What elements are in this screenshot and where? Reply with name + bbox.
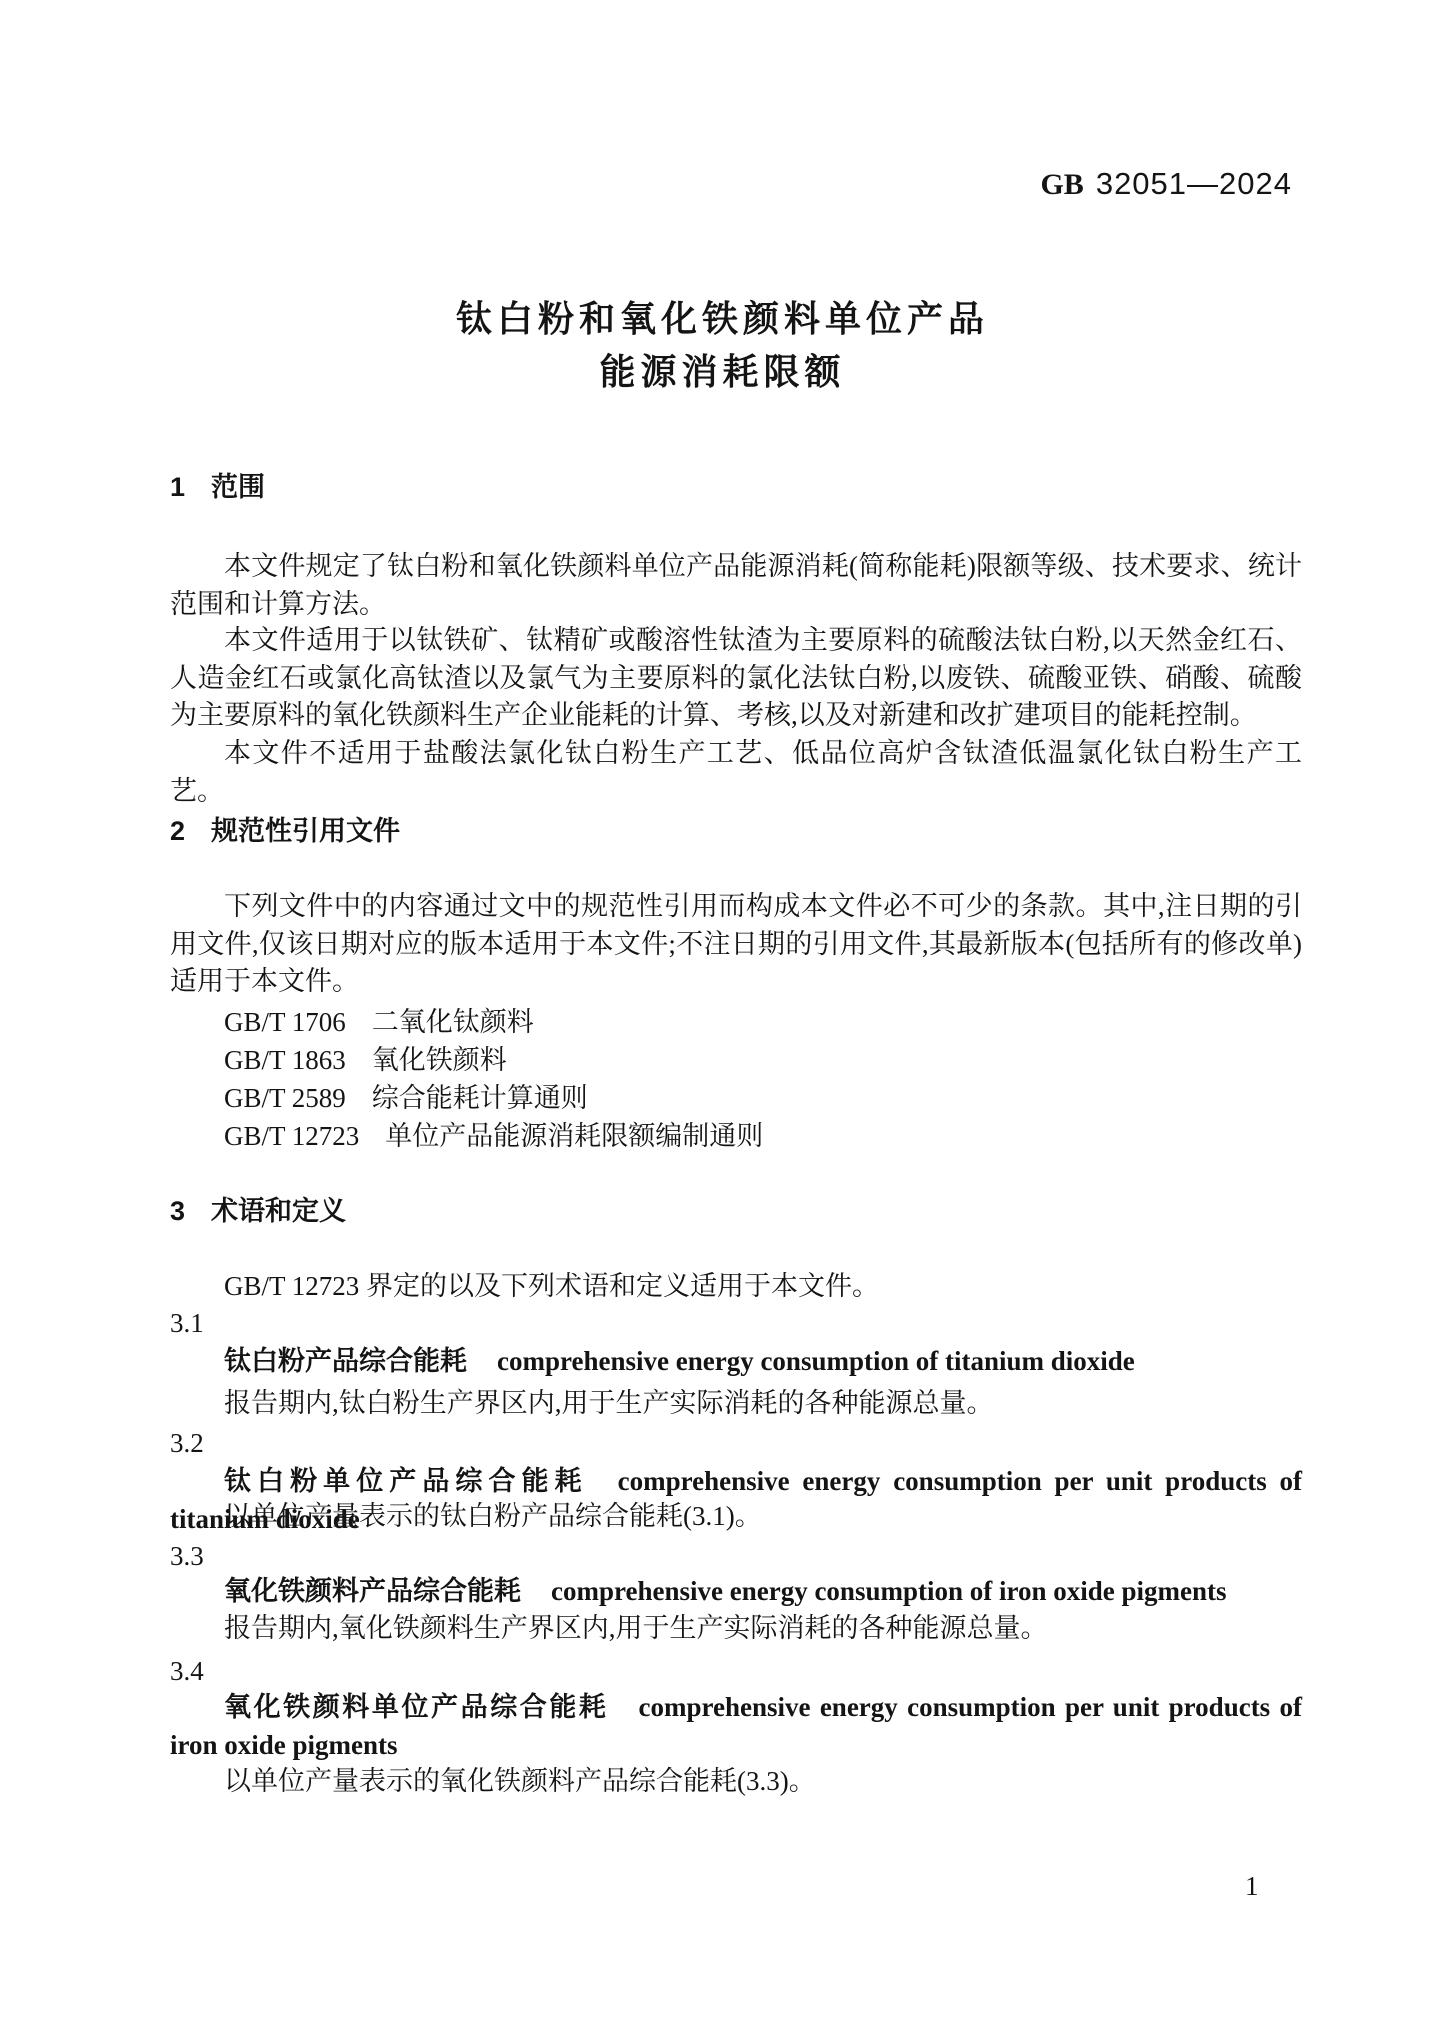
term-name-zh: 钛白粉单位产品综合能耗 [224,1466,588,1496]
reference-code: GB/T 2589 [224,1083,346,1113]
section-2-title: 规范性引用文件 [211,816,400,846]
document-title-line1: 钛白粉和氧化铁颜料单位产品 [0,292,1445,345]
section-2-heading: 2规范性引用文件 [170,813,1302,851]
term-definition: 以单位产量表示的氧化铁颜料产品综合能耗(3.3)。 [170,1763,1302,1801]
reference-title: 氧化铁颜料 [372,1045,507,1075]
term-entry: 氧化铁颜料产品综合能耗comprehensive energy consumpt… [170,1572,1302,1610]
reference-item: GB/T 1706二氧化钛颜料 [170,1003,1302,1041]
standard-code: GB32051—2024 [1040,166,1292,202]
term-number: 3.4 [170,1653,204,1691]
term-name-zh: 氧化铁颜料产品综合能耗 [224,1576,521,1606]
section-1-title: 范围 [211,472,265,502]
scope-paragraph-2: 本文件适用于以钛铁矿、钛精矿或酸溶性钛渣为主要原料的硫酸法钛白粉,以天然金红石、… [170,622,1302,735]
section-3-title: 术语和定义 [211,1196,346,1226]
reference-code: GB/T 1706 [224,1007,346,1037]
document-title: 钛白粉和氧化铁颜料单位产品 能源消耗限额 [0,292,1445,398]
term-name-zh: 钛白粉产品综合能耗 [224,1346,467,1376]
standard-code-number: 32051—2024 [1096,166,1292,201]
term-definition: 报告期内,钛白粉生产界区内,用于生产实际消耗的各种能源总量。 [170,1385,1302,1423]
reference-code: GB/T 12723 [224,1121,359,1151]
section-1-heading: 1范围 [170,469,1302,507]
term-definition: 以单位产量表示的钛白粉产品综合能耗(3.1)。 [170,1498,1302,1536]
references-intro-paragraph: 下列文件中的内容通过文中的规范性引用而构成本文件必不可少的条款。其中,注日期的引… [170,888,1302,1001]
standard-code-prefix: GB [1040,168,1083,201]
term-name-en: comprehensive energy consumption of iron… [551,1576,1227,1606]
reference-code: GB/T 1863 [224,1045,346,1075]
term-entry: 氧化铁颜料单位产品综合能耗comprehensive energy consum… [170,1688,1302,1764]
section-3-heading: 3术语和定义 [170,1193,1302,1231]
reference-title: 单位产品能源消耗限额编制通则 [385,1121,763,1151]
terms-intro-paragraph: GB/T 12723 界定的以及下列术语和定义适用于本文件。 [170,1268,1302,1306]
term-number: 3.3 [170,1538,204,1576]
document-page: GB32051—2024 钛白粉和氧化铁颜料单位产品 能源消耗限额 1范围 本文… [0,0,1445,2044]
document-title-line2: 能源消耗限额 [0,345,1445,398]
reference-item: GB/T 2589综合能耗计算通则 [170,1079,1302,1117]
section-3-number: 3 [170,1196,185,1226]
section-1-number: 1 [170,472,185,502]
term-number: 3.2 [170,1425,204,1463]
reference-title: 综合能耗计算通则 [372,1083,588,1113]
term-name-zh: 氧化铁颜料单位产品综合能耗 [224,1692,609,1722]
term-definition: 报告期内,氧化铁颜料生产界区内,用于生产实际消耗的各种能源总量。 [170,1610,1302,1648]
term-name-en: comprehensive energy consumption of tita… [497,1346,1135,1376]
term-number: 3.1 [170,1305,204,1343]
reference-item: GB/T 1863氧化铁颜料 [170,1041,1302,1079]
reference-item: GB/T 12723单位产品能源消耗限额编制通则 [170,1117,1302,1155]
term-entry: 钛白粉产品综合能耗comprehensive energy consumptio… [170,1342,1302,1380]
section-2-number: 2 [170,816,185,846]
reference-title: 二氧化钛颜料 [372,1007,534,1037]
scope-paragraph-1: 本文件规定了钛白粉和氧化铁颜料单位产品能源消耗(简称能耗)限额等级、技术要求、统… [170,548,1302,623]
page-number: 1 [1245,1868,1259,1906]
scope-paragraph-3: 本文件不适用于盐酸法氯化钛白粉生产工艺、低品位高炉含钛渣低温氯化钛白粉生产工艺。 [170,735,1302,810]
